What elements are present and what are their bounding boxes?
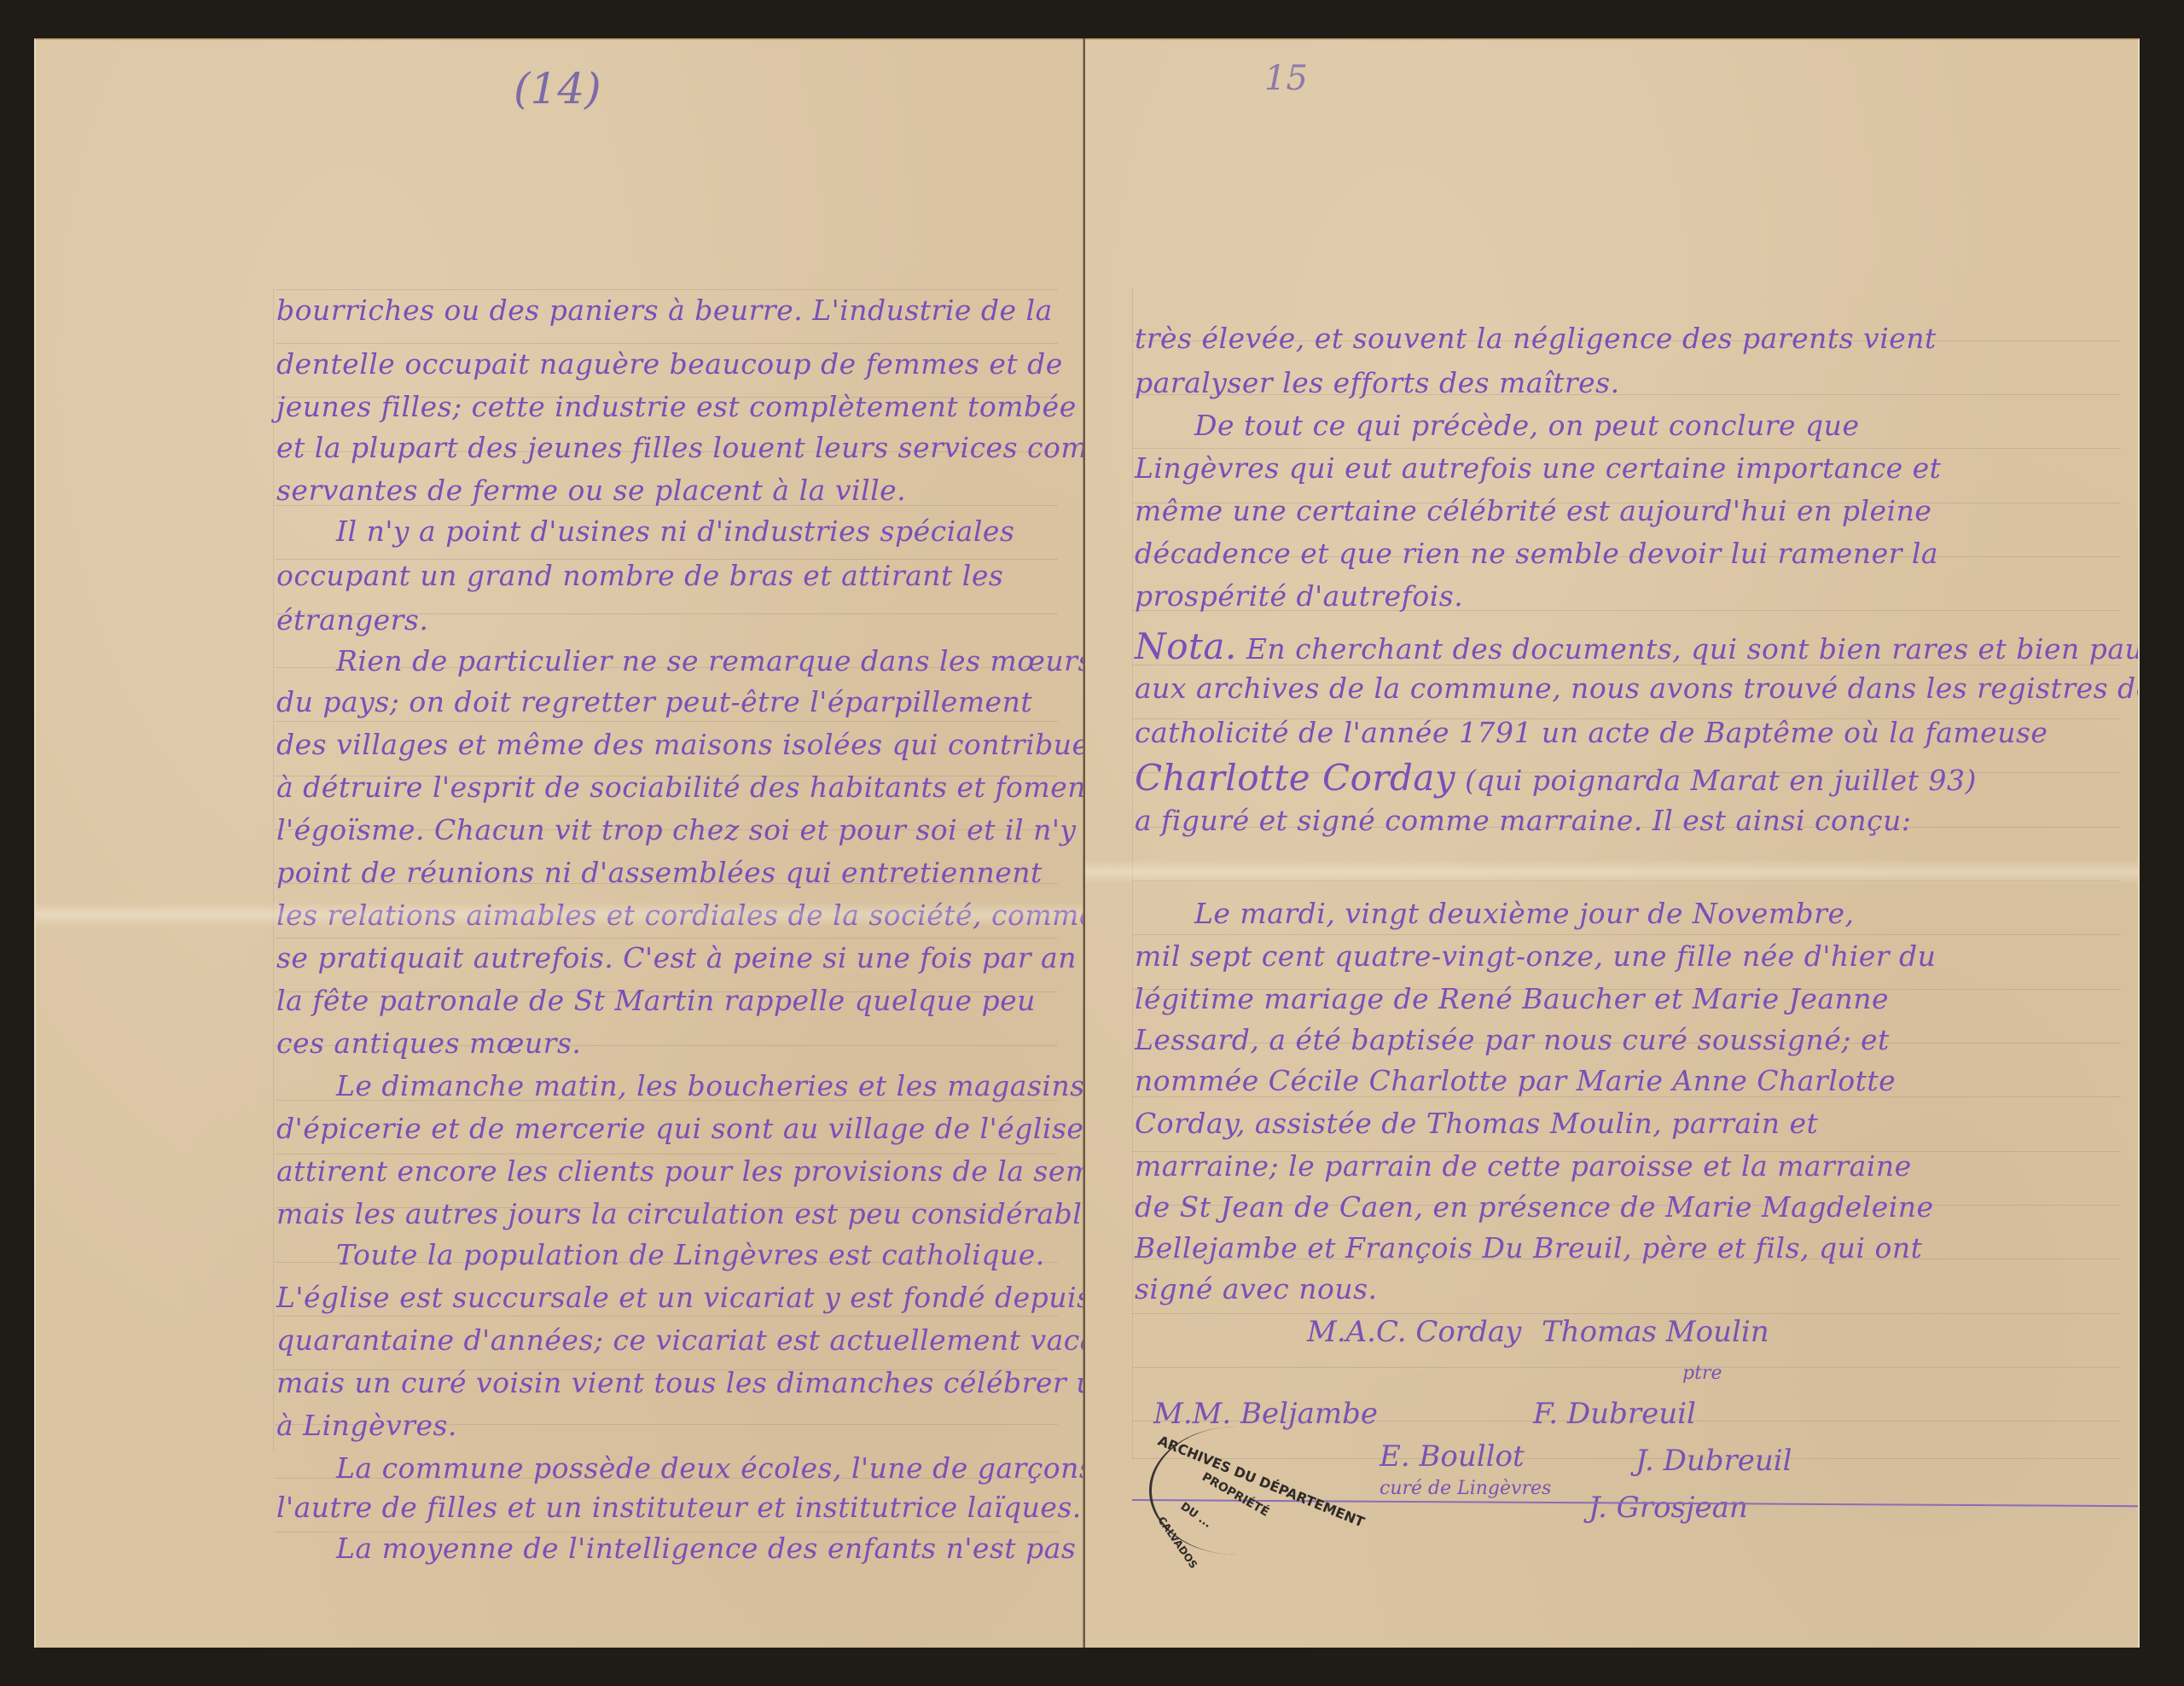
famous-name: Charlotte Corday xyxy=(1135,757,1455,799)
text-line: La moyenne de l'intelligence des enfants… xyxy=(276,1532,1076,1565)
nota-text: (qui poignarda Marat en juillet 93) xyxy=(1465,764,1977,797)
signature-grosjean: J. Grosjean xyxy=(1589,1491,1748,1525)
paper-fold xyxy=(36,902,1083,927)
text-line: étrangers. xyxy=(276,603,428,637)
signature-corday: M.A.C. Corday xyxy=(1307,1315,1521,1349)
nota-text: En cherchant des documents, qui sont bie… xyxy=(1246,632,2140,666)
text-line: décadence et que rien ne semble devoir l… xyxy=(1135,537,1938,570)
text-line: ces antiques mœurs. xyxy=(276,1026,581,1060)
text-line: l'égoïsme. Chacun vit trop chez soi et p… xyxy=(276,813,1083,846)
ruled-line xyxy=(275,938,1058,939)
text-line: jeunes filles; cette industrie est compl… xyxy=(276,390,1077,423)
ruled-line xyxy=(275,721,1058,722)
page-number: 15 xyxy=(1264,59,1308,98)
act-line: Corday, assistée de Thomas Moulin, parra… xyxy=(1135,1107,1818,1140)
nota-label: Nota. xyxy=(1135,625,1237,667)
page-number: (14) xyxy=(514,64,601,113)
text-line: De tout ce qui précède, on peut conclure… xyxy=(1135,409,1859,442)
text-line: Le dimanche matin, les boucheries et les… xyxy=(276,1069,1083,1102)
text-line: d'épicerie et de mercerie qui sont au vi… xyxy=(276,1112,1083,1145)
text-line: aux archives de la commune, nous avons t… xyxy=(1135,671,2140,705)
left-page: (14) bourriches ou des paniers à beurre.… xyxy=(34,38,1083,1648)
text-line: Il n'y a point d'usines ni d'industries … xyxy=(276,515,1014,548)
text-line: du pays; on doit regretter peut-être l'é… xyxy=(276,685,1032,718)
ruled-line xyxy=(1132,934,2121,935)
text-line: La commune possède deux écoles, l'une de… xyxy=(276,1451,1083,1485)
signature-moulin-note: ptre xyxy=(1682,1363,1722,1384)
text-line: se pratiquait autrefois. C'est à peine s… xyxy=(276,941,1077,974)
ruled-line xyxy=(1132,1313,2121,1314)
text-line: et la plupart des jeunes filles louent l… xyxy=(276,431,1083,464)
text-line: mais les autres jours la circulation est… xyxy=(276,1197,1083,1230)
text-line: paralyser les efforts des maîtres. xyxy=(1135,366,1620,399)
ruled-line xyxy=(275,343,1058,344)
act-line: marraine; le parrain de cette paroisse e… xyxy=(1135,1149,1912,1183)
text-line: dentelle occupait naguère beaucoup de fe… xyxy=(276,347,1063,381)
text-line: Charlotte Corday (qui poignarda Marat en… xyxy=(1135,757,1977,799)
text-line: la fête patronale de St Martin rappelle … xyxy=(276,984,1036,1017)
text-line: attirent encore les clients pour les pro… xyxy=(276,1154,1083,1188)
text-line: a figuré et signé comme marraine. Il est… xyxy=(1135,804,1911,837)
stamp-text: DU ... xyxy=(1178,1500,1214,1531)
text-line: Rien de particulier ne se remarque dans … xyxy=(276,644,1083,677)
document-spread: (14) bourriches ou des paniers à beurre.… xyxy=(34,38,2140,1648)
ruled-line xyxy=(275,289,1058,290)
ruled-line xyxy=(1132,1367,2121,1368)
signature-moulin: Thomas Moulin xyxy=(1542,1315,1769,1349)
act-line: Lessard, a été baptisée par nous curé so… xyxy=(1135,1023,1890,1056)
text-line: Lingèvres qui eut autrefois une certaine… xyxy=(1135,451,1941,485)
text-line: prospérité d'autrefois. xyxy=(1135,579,1463,613)
act-line: mil sept cent quatre-vingt-onze, une fil… xyxy=(1135,939,1936,973)
text-line: point de réunions ni d'assemblées qui en… xyxy=(276,856,1043,889)
paper-fold xyxy=(1085,859,2138,885)
text-line: Toute la population de Lingèvres est cat… xyxy=(276,1238,1045,1271)
signature-dubreuil-1: F. Dubreuil xyxy=(1533,1397,1696,1431)
margin-line xyxy=(273,288,274,1451)
archive-stamp: ARCHIVES DU DÉPARTEMENT PROPRIÉTÉ DU ...… xyxy=(1149,1427,1322,1555)
right-page: 15 très élevée, et souvent la négligence… xyxy=(1085,38,2140,1648)
act-line: légitime mariage de René Baucher et Mari… xyxy=(1135,982,1889,1015)
nota-line: Nota. En cherchant des documents, qui so… xyxy=(1135,625,2140,667)
text-line: occupant un grand nombre de bras et atti… xyxy=(276,559,1003,592)
text-line: quarantaine d'années; ce vicariat est ac… xyxy=(276,1323,1083,1357)
signature-boullot-title: curé de Lingèvres xyxy=(1380,1478,1551,1499)
text-line: très élevée, et souvent la négligence de… xyxy=(1135,322,1937,355)
text-line: des villages et même des maisons isolées… xyxy=(276,728,1083,761)
text-line: L'église est succursale et un vicariat y… xyxy=(276,1281,1083,1314)
text-line: à détruire l'esprit de sociabilité des h… xyxy=(276,770,1083,804)
text-line: servantes de ferme ou se placent à la vi… xyxy=(276,474,906,507)
signature-boullot: E. Boullot xyxy=(1380,1439,1525,1474)
text-line: à Lingèvres. xyxy=(276,1409,457,1442)
act-line: Le mardi, vingt deuxième jour de Novembr… xyxy=(1135,897,1854,930)
act-line: de St Jean de Caen, en présence de Marie… xyxy=(1135,1190,1934,1224)
text-line: mais un curé voisin vient tous les diman… xyxy=(276,1366,1083,1399)
act-line: Bellejambe et François Du Breuil, père e… xyxy=(1135,1231,1922,1264)
stamp-text: CALVADOS xyxy=(1155,1514,1199,1571)
signature-beljambe: M.M. Beljambe xyxy=(1153,1397,1378,1431)
text-line: même une certaine célébrité est aujourd'… xyxy=(1135,494,1931,527)
text-line: bourriches ou des paniers à beurre. L'in… xyxy=(276,294,1053,327)
act-line: signé avec nous. xyxy=(1135,1272,1378,1305)
act-line: nommée Cécile Charlotte par Marie Anne C… xyxy=(1135,1064,1896,1097)
ruled-line xyxy=(275,1316,1058,1317)
text-line: catholicité de l'année 1791 un acte de B… xyxy=(1135,716,2047,749)
ruled-line xyxy=(1132,448,2121,449)
signature-dubreuil-2: J. Dubreuil xyxy=(1635,1444,1792,1478)
text-line: l'autre de filles et un instituteur et i… xyxy=(276,1491,1082,1524)
